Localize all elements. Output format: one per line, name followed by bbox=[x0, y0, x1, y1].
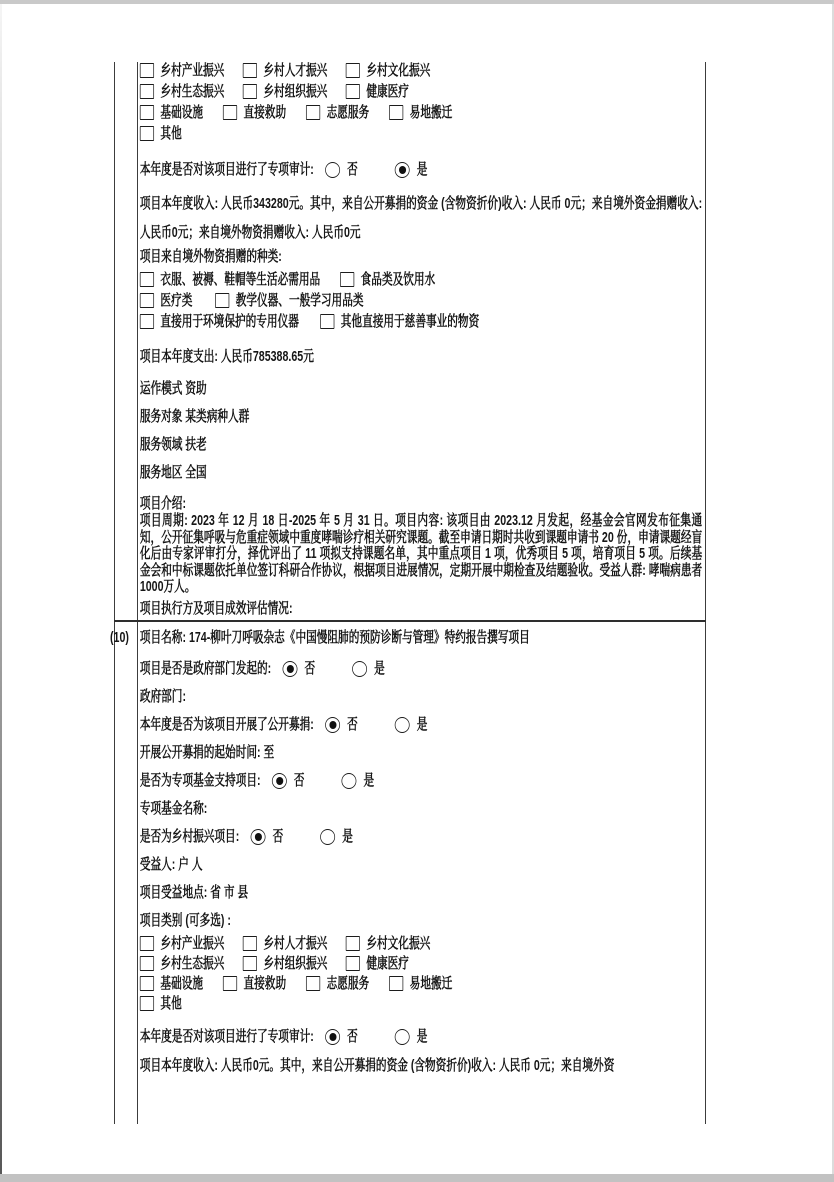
checkbox-label: 其他 bbox=[160, 125, 181, 142]
category-option[interactable]: 志愿服务 bbox=[306, 104, 369, 121]
category-option[interactable]: 健康医疗 bbox=[346, 83, 409, 100]
donation-kind-option[interactable]: 教学仪器、一般学习用品类 bbox=[215, 292, 363, 309]
category-option[interactable]: 乡村产业振兴 bbox=[140, 935, 225, 952]
donation-kind-option[interactable]: 食品类及饮用水 bbox=[340, 271, 435, 288]
checkbox-icon[interactable] bbox=[243, 936, 257, 951]
checkbox-label: 乡村生态振兴 bbox=[160, 955, 224, 972]
radio-yes-icon[interactable] bbox=[395, 717, 410, 733]
checkbox-icon[interactable] bbox=[215, 293, 229, 308]
checkbox-label: 基础设施 bbox=[160, 104, 203, 121]
category-option[interactable]: 其他 bbox=[140, 125, 182, 142]
radio-no-label: 否 bbox=[347, 161, 358, 178]
service-target: 服务对象 某类病种人群 bbox=[140, 408, 702, 425]
checkbox-label: 乡村生态振兴 bbox=[160, 83, 224, 100]
radio-no-icon-selected[interactable] bbox=[283, 661, 298, 677]
donation-kinds-label: 项目来自境外物资捐赠的种类: bbox=[140, 248, 702, 265]
checkbox-icon[interactable] bbox=[389, 976, 403, 991]
radio-no-icon[interactable] bbox=[325, 162, 340, 178]
category-section-label: 项目类别 (可多选) : bbox=[140, 912, 702, 929]
checkbox-icon[interactable] bbox=[140, 293, 154, 308]
category-option[interactable]: 易地搬迁 bbox=[389, 104, 452, 121]
table-row-divider bbox=[114, 620, 706, 622]
table-number-column-divider bbox=[137, 62, 138, 1124]
checkbox-icon[interactable] bbox=[140, 996, 154, 1011]
public-fundraising-row: 本年度是否为该项目开展了公开募捐: 否 是 bbox=[140, 716, 702, 733]
checkbox-icon[interactable] bbox=[243, 63, 257, 78]
radio-no-label: 否 bbox=[347, 716, 358, 733]
category-row: 基础设施 直接救助 志愿服务 易地搬迁 bbox=[140, 975, 702, 992]
radio-no-icon-selected[interactable] bbox=[325, 717, 340, 733]
checkbox-icon[interactable] bbox=[346, 936, 360, 951]
checkbox-label: 直接救助 bbox=[244, 104, 287, 121]
annual-income-text: 项目本年度收入: 人民币0元。其中，来自公开募捐的资金 (含物资折价)收入: 人… bbox=[140, 1057, 702, 1074]
category-row: 乡村生态振兴 乡村组织振兴 健康医疗 bbox=[140, 83, 702, 100]
checkbox-label: 直接用于环境保护的专用仪器 bbox=[160, 313, 298, 330]
checkbox-icon[interactable] bbox=[223, 105, 237, 120]
donation-kind-option[interactable]: 医疗类 bbox=[140, 292, 193, 309]
radio-no-label: 否 bbox=[305, 660, 316, 677]
checkbox-icon[interactable] bbox=[389, 105, 403, 120]
checkbox-icon[interactable] bbox=[306, 105, 320, 120]
category-option[interactable]: 乡村人才振兴 bbox=[243, 62, 328, 79]
category-option[interactable]: 志愿服务 bbox=[306, 975, 369, 992]
beneficiary-label: 受益人: 户 人 bbox=[140, 856, 702, 873]
checkbox-icon[interactable] bbox=[140, 105, 154, 120]
question-label: 本年度是否为该项目开展了公开募捐: bbox=[140, 716, 314, 733]
category-option[interactable]: 直接救助 bbox=[223, 975, 286, 992]
category-row: 其他 bbox=[140, 995, 702, 1012]
checkbox-icon[interactable] bbox=[320, 314, 334, 329]
checkbox-label: 乡村产业振兴 bbox=[160, 935, 224, 952]
checkbox-icon[interactable] bbox=[140, 84, 154, 99]
checkbox-icon[interactable] bbox=[346, 63, 360, 78]
benefit-location: 项目受益地点: 省 市 县 bbox=[140, 884, 702, 901]
donation-kind-row: 直接用于环境保护的专用仪器 其他直接用于慈善事业的物资 bbox=[140, 313, 702, 330]
radio-yes-label: 是 bbox=[364, 772, 375, 789]
checkbox-label: 志愿服务 bbox=[327, 975, 370, 992]
project-name: 项目名称: 174-柳叶刀呼吸杂志《中国慢阻肺的预防诊断与管理》特约报告撰写项目 bbox=[140, 629, 702, 646]
radio-no-label: 否 bbox=[294, 772, 305, 789]
radio-yes-icon[interactable] bbox=[395, 1029, 410, 1045]
checkbox-label: 乡村产业振兴 bbox=[160, 62, 224, 79]
checkbox-label: 易地搬迁 bbox=[410, 104, 453, 121]
checkbox-icon[interactable] bbox=[140, 272, 154, 287]
checkbox-icon[interactable] bbox=[340, 272, 354, 287]
checkbox-label: 其他直接用于慈善事业的物资 bbox=[341, 313, 479, 330]
page-edge-bottom bbox=[0, 1174, 834, 1182]
checkbox-label: 乡村组织振兴 bbox=[263, 83, 327, 100]
checkbox-label: 志愿服务 bbox=[327, 104, 370, 121]
checkbox-label: 基础设施 bbox=[160, 975, 203, 992]
checkbox-icon[interactable] bbox=[140, 956, 154, 971]
checkbox-label: 健康医疗 bbox=[366, 83, 409, 100]
audit-question-row: 本年度是否对该项目进行了专项审计: 否 是 bbox=[140, 1028, 702, 1045]
donation-kind-row: 医疗类 教学仪器、一般学习用品类 bbox=[140, 292, 702, 309]
checkbox-label: 乡村组织振兴 bbox=[263, 955, 327, 972]
checkbox-label: 食品类及饮用水 bbox=[361, 271, 436, 288]
special-fund-name-label: 专项基金名称: bbox=[140, 800, 702, 817]
checkbox-label: 乡村文化振兴 bbox=[366, 62, 430, 79]
question-label: 项目是否是政府部门发起的: bbox=[140, 660, 271, 677]
service-field: 服务领域 扶老 bbox=[140, 436, 702, 453]
category-option[interactable]: 乡村生态振兴 bbox=[140, 955, 225, 972]
checkbox-label: 其他 bbox=[160, 995, 181, 1012]
question-label: 是否为乡村振兴项目: bbox=[140, 828, 239, 845]
gov-dept-label: 政府部门: bbox=[140, 688, 702, 705]
checkbox-icon[interactable] bbox=[223, 976, 237, 991]
category-option[interactable]: 乡村产业振兴 bbox=[140, 62, 225, 79]
checkbox-label: 易地搬迁 bbox=[410, 975, 453, 992]
service-area: 服务地区 全国 bbox=[140, 464, 702, 481]
checkbox-icon[interactable] bbox=[140, 976, 154, 991]
radio-yes-label: 是 bbox=[417, 1028, 428, 1045]
category-option[interactable]: 乡村组织振兴 bbox=[243, 955, 328, 972]
category-row: 乡村产业振兴 乡村人才振兴 乡村文化振兴 bbox=[140, 62, 702, 79]
checkbox-label: 衣服、被褥、鞋帽等生活必需用品 bbox=[160, 271, 320, 288]
category-option[interactable]: 基础设施 bbox=[140, 975, 203, 992]
checkbox-icon[interactable] bbox=[243, 956, 257, 971]
evaluation-label: 项目执行方及项目成效评估情况: bbox=[140, 600, 702, 617]
question-label: 是否为专项基金支持项目: bbox=[140, 772, 261, 789]
intro-text: 项目周期: 2023 年 12 月 18 日-2025 年 5 月 31 日。项… bbox=[140, 513, 702, 596]
checkbox-icon[interactable] bbox=[140, 936, 154, 951]
scanned-form-page: (10) 乡村产业振兴 乡村人才振兴 乡村文化振兴 乡村生态振兴 乡村组织振兴 … bbox=[0, 0, 834, 1182]
category-option[interactable]: 乡村生态振兴 bbox=[140, 83, 225, 100]
donation-kind-option[interactable]: 直接用于环境保护的专用仪器 bbox=[140, 313, 299, 330]
checkbox-label: 健康医疗 bbox=[366, 955, 409, 972]
gov-initiated-row: 项目是否是政府部门发起的: 否 是 bbox=[140, 660, 702, 677]
page-edge-top bbox=[0, 0, 834, 4]
category-option[interactable]: 乡村人才振兴 bbox=[243, 935, 328, 952]
page-edge-left bbox=[0, 4, 2, 1174]
table-border-left bbox=[114, 62, 115, 1124]
radio-yes-label: 是 bbox=[374, 660, 385, 677]
checkbox-icon[interactable] bbox=[346, 956, 360, 971]
category-option[interactable]: 基础设施 bbox=[140, 104, 203, 121]
question-label: 本年度是否对该项目进行了专项审计: bbox=[140, 161, 314, 178]
checkbox-icon[interactable] bbox=[140, 314, 154, 329]
category-option[interactable]: 直接救助 bbox=[223, 104, 286, 121]
operation-mode: 运作模式 资助 bbox=[140, 380, 702, 397]
category-option[interactable]: 易地搬迁 bbox=[389, 975, 452, 992]
checkbox-icon[interactable] bbox=[140, 63, 154, 78]
category-option[interactable]: 乡村组织振兴 bbox=[243, 83, 328, 100]
checkbox-icon[interactable] bbox=[346, 84, 360, 99]
rural-project-row: 是否为乡村振兴项目: 否 是 bbox=[140, 828, 702, 845]
donation-kind-row: 衣服、被褥、鞋帽等生活必需用品 食品类及饮用水 bbox=[140, 271, 702, 288]
annual-expense-text: 项目本年度支出: 人民币785388.65元 bbox=[140, 348, 702, 365]
radio-yes-label: 是 bbox=[417, 716, 428, 733]
category-row: 乡村生态振兴 乡村组织振兴 健康医疗 bbox=[140, 955, 702, 972]
category-option[interactable]: 健康医疗 bbox=[346, 955, 409, 972]
radio-yes-label: 是 bbox=[342, 828, 353, 845]
donation-kind-option[interactable]: 其他直接用于慈善事业的物资 bbox=[320, 313, 479, 330]
table-border-right bbox=[705, 62, 706, 1124]
radio-no-icon-selected[interactable] bbox=[251, 829, 266, 845]
radio-yes-icon[interactable] bbox=[352, 661, 367, 677]
radio-no-label: 否 bbox=[273, 828, 284, 845]
category-row: 基础设施 直接救助 志愿服务 易地搬迁 bbox=[140, 104, 702, 121]
checkbox-label: 医疗类 bbox=[160, 292, 192, 309]
category-option[interactable]: 乡村文化振兴 bbox=[346, 62, 431, 79]
category-option[interactable]: 乡村文化振兴 bbox=[346, 935, 431, 952]
radio-no-icon-selected[interactable] bbox=[325, 1029, 340, 1045]
checkbox-icon[interactable] bbox=[306, 976, 320, 991]
fundraising-period: 开展公开募捐的起始时间: 至 bbox=[140, 744, 702, 761]
special-fund-row: 是否为专项基金支持项目: 否 是 bbox=[140, 772, 702, 789]
category-row: 乡村产业振兴 乡村人才振兴 乡村文化振兴 bbox=[140, 935, 702, 952]
intro-label: 项目介绍: bbox=[140, 495, 702, 512]
audit-question-row: 本年度是否对该项目进行了专项审计: 否 是 bbox=[140, 161, 702, 178]
checkbox-label: 直接救助 bbox=[244, 975, 287, 992]
question-label: 本年度是否对该项目进行了专项审计: bbox=[140, 1028, 314, 1045]
radio-no-icon-selected[interactable] bbox=[272, 773, 287, 789]
checkbox-icon[interactable] bbox=[140, 126, 154, 141]
radio-yes-label: 是 bbox=[417, 161, 428, 178]
checkbox-label: 乡村人才振兴 bbox=[263, 935, 327, 952]
category-option[interactable]: 其他 bbox=[140, 995, 182, 1012]
checkbox-icon[interactable] bbox=[243, 84, 257, 99]
category-row: 其他 bbox=[140, 125, 702, 142]
checkbox-label: 教学仪器、一般学习用品类 bbox=[236, 292, 364, 309]
radio-yes-icon[interactable] bbox=[320, 829, 335, 845]
radio-yes-icon[interactable] bbox=[341, 773, 356, 789]
donation-kind-option[interactable]: 衣服、被褥、鞋帽等生活必需用品 bbox=[140, 271, 320, 288]
radio-no-label: 否 bbox=[347, 1028, 358, 1045]
checkbox-label: 乡村人才振兴 bbox=[263, 62, 327, 79]
radio-yes-icon-selected[interactable] bbox=[395, 162, 410, 178]
annual-income-text: 项目本年度收入: 人民币343280元。其中，来自公开募捐的资金 (含物资折价)… bbox=[140, 189, 702, 247]
checkbox-label: 乡村文化振兴 bbox=[366, 935, 430, 952]
